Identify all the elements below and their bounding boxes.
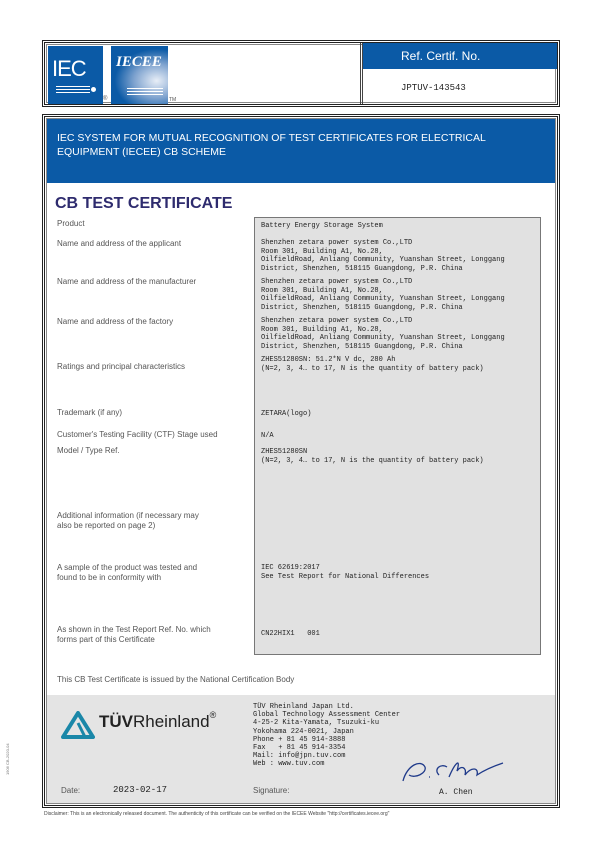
signature-label: Signature: — [253, 786, 289, 795]
ncb-footer: TÜVRheinland® TÜV Rheinland Japan Ltd. G… — [47, 695, 555, 803]
side-form-code: 1906 CB-2020-04 — [5, 743, 10, 775]
field-value-trademark: ZETARA(logo) — [261, 410, 311, 419]
iecee-logo-text: IECEE — [116, 54, 162, 71]
field-value-ctf: N/A — [261, 432, 274, 441]
field-label-factory: Name and address of the factory — [57, 317, 267, 327]
registered-mark: ® — [103, 96, 107, 102]
field-value-model: ZHES51280SN (N=2, 3, 4… to 17, N is the … — [261, 448, 484, 465]
iec-logo: IEC — [48, 46, 103, 104]
signature-image — [399, 753, 509, 785]
ref-number: JPTUV-143543 — [363, 69, 557, 93]
field-values: Battery Energy Storage System Shenzhen z… — [254, 217, 541, 655]
tuv-registered-mark: ® — [210, 710, 217, 720]
date-label: Date: — [61, 786, 80, 795]
field-value-factory: Shenzhen zetara power system Co.,LTD Roo… — [261, 317, 505, 351]
signatory-name: A. Chen — [439, 788, 473, 797]
date-value: 2023-02-17 — [113, 785, 167, 795]
tuv-brand-rest: Rheinland — [133, 712, 210, 731]
field-label-applicant: Name and address of the applicant — [57, 239, 267, 249]
disclaimer: Disclaimer: This is an electronically re… — [44, 811, 389, 817]
reference-box: Ref. Certif. No. JPTUV-143543 — [360, 43, 557, 104]
field-label-trademark: Trademark (if any) — [57, 408, 267, 418]
certificate-body: IEC SYSTEM FOR MUTUAL RECOGNITION OF TES… — [42, 114, 560, 808]
field-label-ratings: Ratings and principal characteristics — [57, 362, 267, 372]
field-label-product: Product — [57, 219, 267, 229]
field-value-conformity: IEC 62619:2017 See Test Report for Natio… — [261, 564, 429, 581]
field-label-manufacturer: Name and address of the manufacturer — [57, 277, 267, 287]
field-value-applicant: Shenzhen zetara power system Co.,LTD Roo… — [261, 239, 505, 273]
field-value-report-ref: CN22HIX1 001 — [261, 630, 320, 639]
iec-logo-text: IEC — [52, 56, 86, 82]
certificate-title: CB TEST CERTIFICATE — [45, 183, 557, 213]
certificate-header: IEC ® IECEE TM Ref. Certif. No. JPTUV-14… — [42, 40, 560, 107]
field-value-manufacturer: Shenzhen zetara power system Co.,LTD Roo… — [261, 278, 505, 312]
ref-label: Ref. Certif. No. — [363, 43, 557, 69]
field-label-conformity: A sample of the product was tested and f… — [57, 563, 207, 583]
field-value-product: Battery Energy Storage System — [261, 222, 383, 231]
field-value-ratings: ZHES51280SN: 51.2*N V dc, 280 Ah (N=2, 3… — [261, 356, 484, 373]
field-label-model: Model / Type Ref. — [57, 446, 267, 456]
tuv-rheinland-logo: TÜVRheinland® — [99, 712, 216, 732]
scheme-band: IEC SYSTEM FOR MUTUAL RECOGNITION OF TES… — [47, 119, 555, 183]
iecee-logo: IECEE — [111, 46, 168, 104]
field-label-ctf: Customer's Testing Facility (CTF) Stage … — [57, 430, 267, 440]
tuv-brand-bold: TÜV — [99, 712, 133, 731]
trademark-mark: TM — [169, 97, 176, 103]
field-label-additional: Additional information (if necessary may… — [57, 511, 207, 531]
ncb-address: TÜV Rheinland Japan Ltd. Global Technolo… — [253, 703, 400, 769]
issued-by-statement: This CB Test Certificate is issued by th… — [57, 675, 294, 684]
tuv-triangle-icon — [61, 711, 95, 739]
field-label-report-ref: As shown in the Test Report Ref. No. whi… — [57, 625, 227, 645]
